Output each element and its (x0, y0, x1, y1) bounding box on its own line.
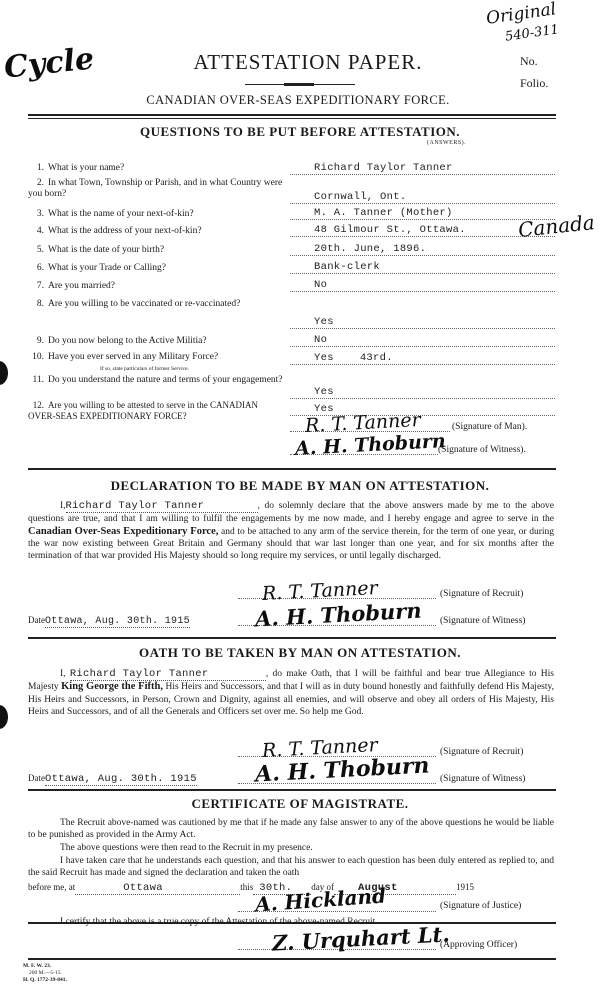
declaration-date: DateOttawa, Aug. 30th. 1915 (28, 615, 190, 627)
question-3: 3.What is the name of your next-of-kin? (28, 209, 276, 220)
question-7: 7.Are you married? (28, 281, 276, 292)
questions-heading: QUESTIONS TO BE PUT BEFORE ATTESTATION. (60, 124, 540, 140)
page-subtitle: CANADIAN OVER-SEAS EXPEDITIONARY FORCE. (118, 93, 478, 108)
question-10: 10.Have you ever served in any Military … (28, 352, 276, 363)
answer-1: Richard Taylor Tanner (290, 162, 555, 175)
question-6: 6.What is your Trade or Calling? (28, 263, 276, 274)
declaration-witness-sig-label: (Signature of Witness) (440, 616, 525, 626)
oath-heading: OATH TO BE TAKEN BY MAN ON ATTESTATION. (60, 645, 540, 661)
declaration-name: Richard Taylor Tanner (66, 500, 258, 513)
page-title: ATTESTATION PAPER. (163, 50, 453, 75)
oath-date: DateOttawa, Aug. 30th. 1915 (28, 773, 197, 785)
question-10-note: If so, state particulars of former Servi… (100, 366, 189, 372)
answer-2: Cornwall, Ont. (290, 191, 555, 204)
questions-bottom-rule (28, 468, 556, 470)
declaration-bottom-rule (28, 637, 556, 639)
question-9: 9.Do you now belong to the Active Militi… (28, 336, 276, 347)
magistrate-heading: CERTIFICATE OF MAGISTRATE. (60, 796, 540, 812)
declaration-text: I,Richard Taylor Tanner, do solemnly dec… (28, 500, 554, 562)
officer-sig-label: (Approving Officer) (440, 940, 517, 950)
header-divider-thin (28, 118, 556, 119)
signature-witness-label: (Signature of Witness). (438, 445, 526, 455)
question-11: 11.Do you understand the nature and term… (28, 375, 286, 386)
oath-name: Richard Taylor Tanner (70, 668, 266, 681)
answers-label: (ANSWERS). (427, 140, 466, 146)
answer-7: No (290, 279, 555, 292)
question-4: 4.What is the address of your next-of-ki… (28, 226, 276, 237)
oath-text: I, Richard Taylor Tanner, do make Oath, … (28, 668, 554, 718)
answer-6: Bank-clerk (290, 261, 555, 274)
question-1: 1.What is your name? (28, 163, 276, 174)
punch-hole-top (0, 361, 8, 385)
title-underline-accent (284, 83, 314, 86)
question-8: 8.Are you willing to be vaccinated or re… (28, 299, 286, 310)
magistrate-para-3: I have taken care that he understands ea… (28, 855, 554, 880)
print-run: 200 M.—5-15. (29, 970, 67, 977)
oath-recruit-sig-label: (Signature of Recruit) (440, 747, 523, 757)
certification-bottom-rule (28, 958, 556, 960)
signature-man-label: (Signature of Man). (452, 422, 527, 432)
answer-10: Yes43rd. (290, 352, 555, 365)
question-12: 12.Are you willing to be attested to ser… (28, 400, 286, 422)
answer-3: M. A. Tanner (Mother) (290, 207, 555, 220)
certification-text: I certify that the above is a true copy … (28, 916, 554, 928)
question-5: 5.What is the date of your birth? (28, 245, 276, 256)
question-2: 2.In what Town, Township or Parish, and … (28, 178, 286, 200)
handwritten-file-number: 540-311 (504, 22, 560, 44)
answer-4: 48 Gilmour St., Ottawa. (290, 224, 555, 237)
oath-witness-sig-label: (Signature of Witness) (440, 774, 525, 784)
answer-11: Yes (290, 386, 555, 399)
hq-reference: H. Q. 1772-39-841. (23, 977, 67, 984)
answer-8: Yes (290, 316, 555, 329)
form-code: M. F. W. 23. (23, 963, 67, 970)
number-label: No. (520, 54, 538, 69)
magistrate-place: Ottawa (75, 882, 240, 895)
magistrate-para-2: The above questions were then read to th… (28, 842, 554, 854)
justice-sig-label: (Signature of Justice) (440, 901, 521, 911)
answer-5: 20th. June, 1896. (290, 243, 555, 256)
declaration-recruit-sig-label: (Signature of Recruit) (440, 589, 523, 599)
answer-9: No (290, 334, 555, 347)
folio-label: Folio. (520, 76, 548, 91)
punch-hole-bottom (0, 705, 8, 729)
declaration-heading: DECLARATION TO BE MADE BY MAN ON ATTESTA… (60, 478, 540, 494)
handwritten-margin-note: Cycle (2, 41, 95, 85)
form-footer: M. F. W. 23. 200 M.—5-15. H. Q. 1772-39-… (23, 963, 67, 984)
header-divider (28, 114, 556, 116)
magistrate-para-1: The Recruit above-named was cautioned by… (28, 817, 554, 842)
oath-bottom-rule (28, 789, 556, 791)
